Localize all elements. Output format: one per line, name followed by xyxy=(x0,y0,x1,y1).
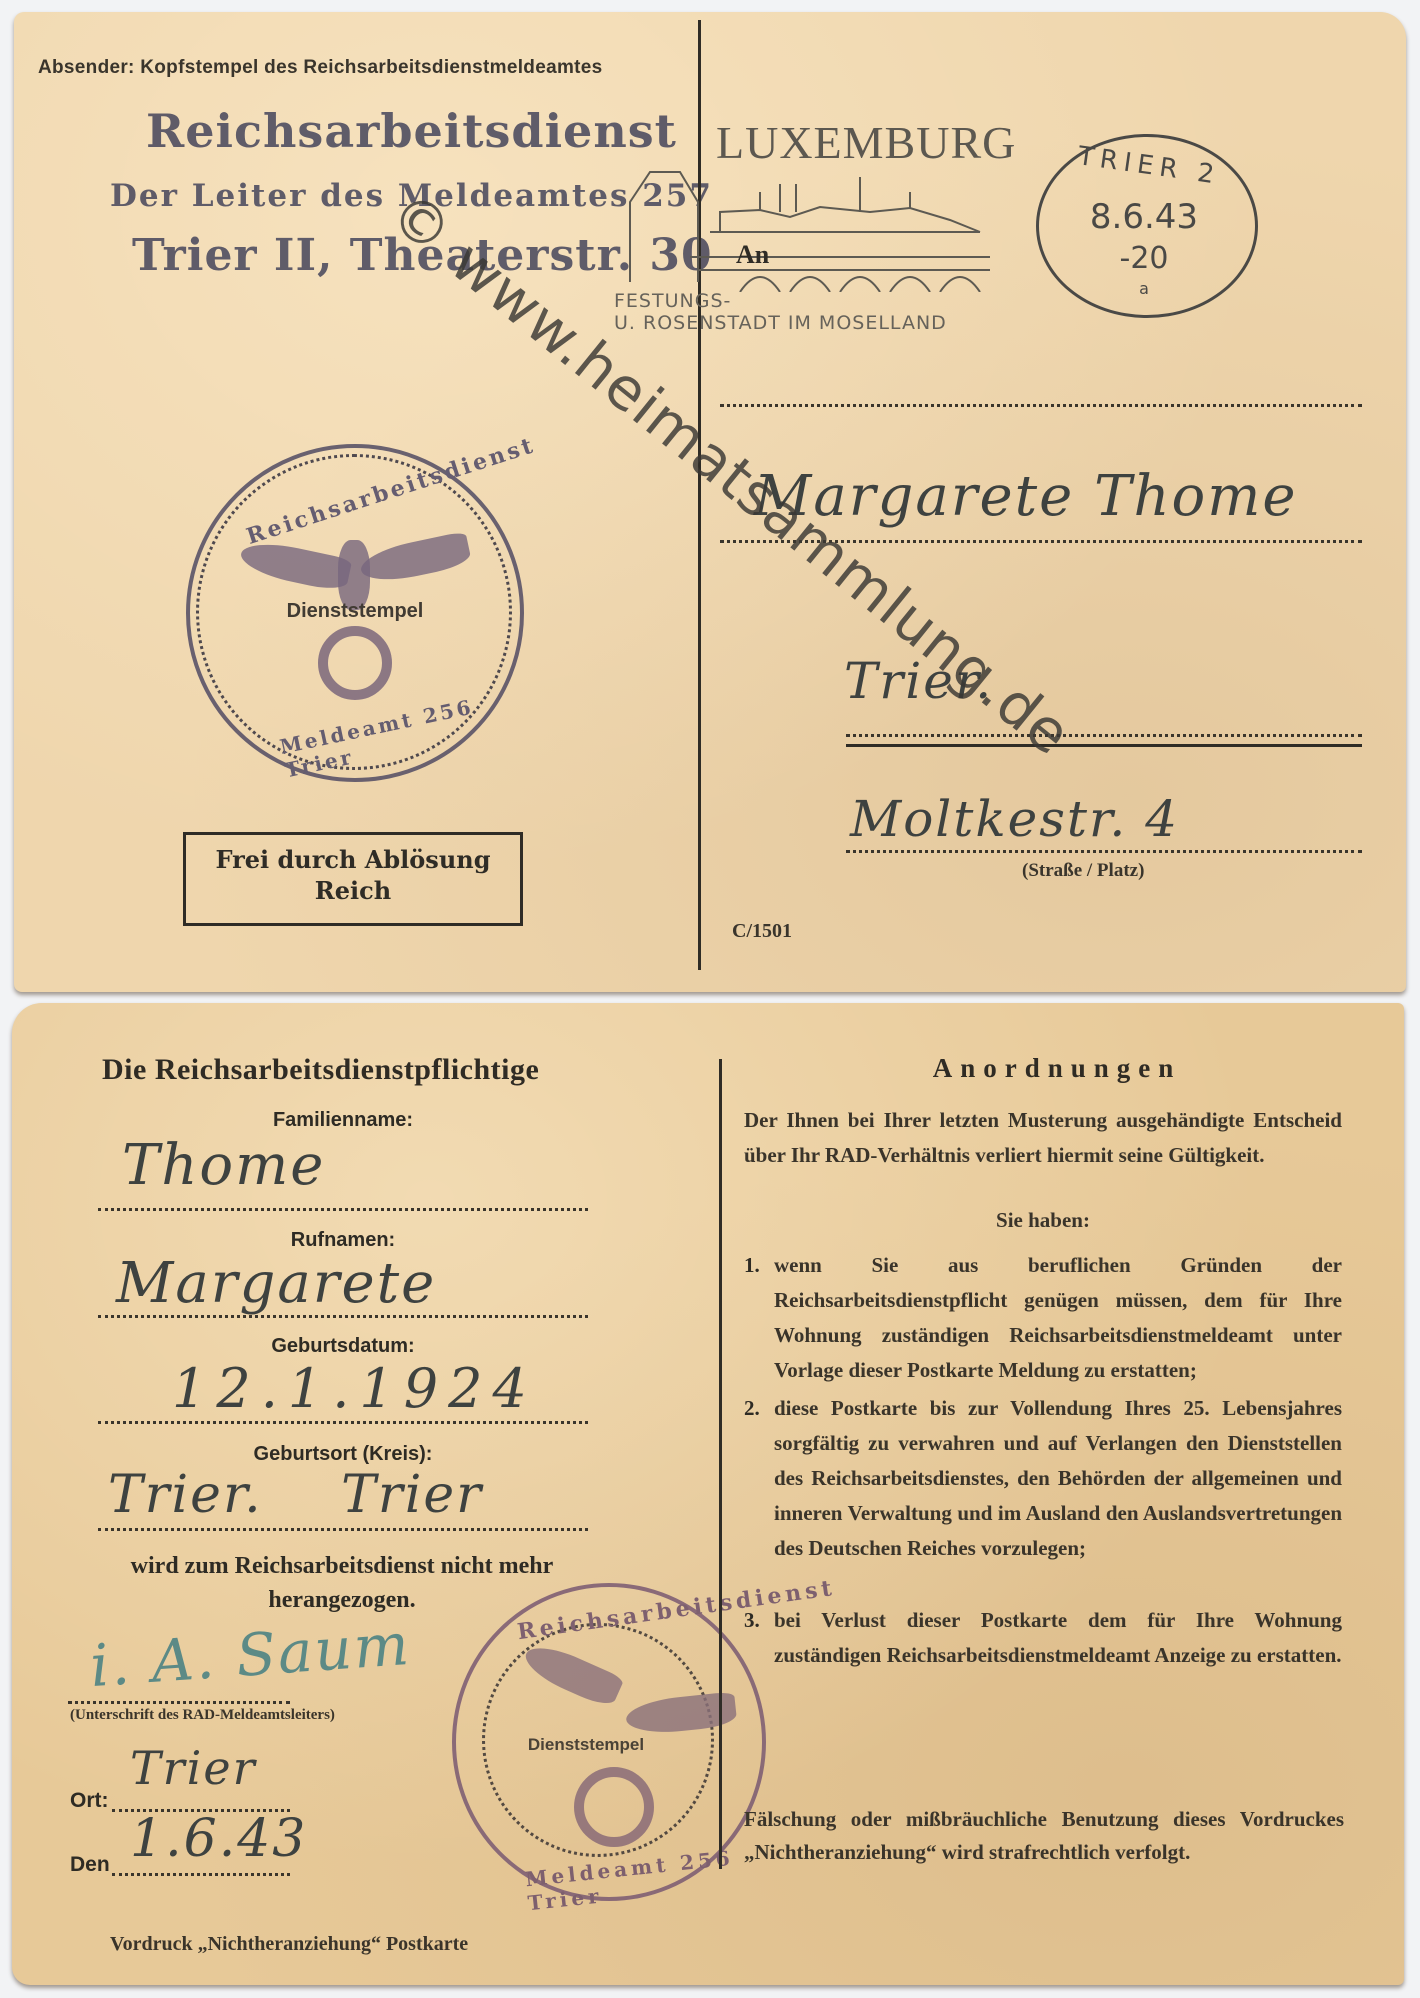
date-line xyxy=(112,1873,290,1876)
sender-stamp-line1: Reichsarbeitsdienst xyxy=(146,104,677,158)
sub-heading: Sie haben: xyxy=(744,1208,1342,1233)
back-divider xyxy=(719,1059,722,1869)
warning-text: Fälschung oder mißbräuchliche Benutzung … xyxy=(744,1803,1344,1869)
address-to-label: An xyxy=(736,240,769,270)
wreath-emblem-icon xyxy=(318,626,392,700)
seal-back-ring-bottom-text: Meldeamt 256 Trier xyxy=(524,1843,764,1915)
place-label: Ort: xyxy=(70,1789,109,1813)
postmark-time: -20 xyxy=(1039,241,1249,276)
order-1-number: 1. xyxy=(744,1248,760,1283)
postmark-code: a xyxy=(1039,279,1249,298)
postage-box: Frei durch Ablösung Reich xyxy=(183,832,523,926)
field-label-rufnamen: Rufnamen: xyxy=(98,1229,588,1252)
postage-box-line2: Reich xyxy=(186,876,520,905)
field-label-geburtsort: Geburtsort (Kreis): xyxy=(98,1443,588,1466)
signature: i. A. Saum xyxy=(88,1610,413,1700)
field-value-rufnamen: Margarete xyxy=(116,1251,436,1316)
field-line-geburtsdatum xyxy=(98,1421,588,1424)
intro-paragraph: Der Ihnen bei Ihrer letzten Musterung au… xyxy=(744,1103,1342,1173)
field-line-rufnamen xyxy=(98,1315,588,1318)
postage-box-line1: Frei durch Ablösung xyxy=(186,845,520,874)
place-value: Trier xyxy=(130,1741,257,1795)
postmark-city: TRIER 2 xyxy=(1068,140,1231,192)
official-seal: Reichsarbeitsdienst Meldeamt 256 Trier D… xyxy=(186,444,524,782)
seal-center-label: Dienststempel xyxy=(270,600,440,623)
address-line-3 xyxy=(846,734,1362,737)
seal-back-center-label: Dienststempel xyxy=(506,1735,666,1755)
right-title: Anordnungen xyxy=(732,1053,1382,1084)
date-value: 1.6.43 xyxy=(130,1809,307,1869)
field-value-familienname: Thome xyxy=(122,1133,325,1198)
field-line-familienname xyxy=(98,1208,588,1211)
postmark-date: 8.6.43 xyxy=(1039,197,1249,237)
cancel-skyline-icon xyxy=(610,162,1000,292)
recipient-street: Moltkestr. 4 xyxy=(850,790,1179,848)
street-caption: (Straße / Platz) xyxy=(1022,860,1144,882)
order-3-text: bei Verlust dieser Postkarte dem für Ihr… xyxy=(774,1603,1342,1673)
decision-line1: wird zum Reichsarbeitsdienst nicht mehr xyxy=(92,1553,592,1580)
field-value-geburtsdatum: 12.1.1924 xyxy=(172,1357,537,1420)
order-3-number: 3. xyxy=(744,1603,760,1638)
decision-line2: herangezogen. xyxy=(92,1587,592,1614)
wreath-emblem-icon xyxy=(574,1767,654,1847)
field-value-geburtsort: Trier. Trier xyxy=(108,1465,483,1525)
order-1-text: wenn Sie aus beruflichen Gründen der Rei… xyxy=(774,1248,1342,1388)
postmark: TRIER 2 8.6.43 -20 a xyxy=(1036,134,1258,318)
form-number: C/1501 xyxy=(732,920,792,943)
address-line-1 xyxy=(720,404,1362,407)
order-2-text: diese Postkarte bis zur Vollendung Ihres… xyxy=(774,1391,1342,1566)
signature-line xyxy=(68,1701,290,1704)
postcard-front: Absender: Kopfstempel des Reichsarbeitsd… xyxy=(14,12,1406,992)
cancel-line1: FESTUNGS- xyxy=(614,290,731,312)
cancel-line2: U. ROSENSTADT IM MOSELLAND xyxy=(614,312,947,334)
city-underline xyxy=(846,744,1362,747)
field-label-geburtsdatum: Geburtsdatum: xyxy=(98,1335,588,1358)
footer-text: Vordruck „Nichtheranziehung“ Postkarte xyxy=(110,1933,468,1956)
field-line-geburtsort xyxy=(98,1528,588,1531)
order-2-number: 2. xyxy=(744,1391,760,1426)
field-label-familienname: Familienname: xyxy=(98,1109,588,1132)
sender-label: Absender: Kopfstempel des Reichsarbeitsd… xyxy=(38,57,603,79)
left-title: Die Reichsarbeitsdienstpflichtige xyxy=(102,1053,539,1087)
date-label: Den xyxy=(70,1853,110,1877)
signature-caption: (Unterschrift des RAD-Meldeamtsleiters) xyxy=(70,1707,335,1724)
postcard-back: Die Reichsarbeitsdienstpflichtige Famili… xyxy=(12,1003,1404,1985)
address-line-4 xyxy=(846,850,1362,853)
